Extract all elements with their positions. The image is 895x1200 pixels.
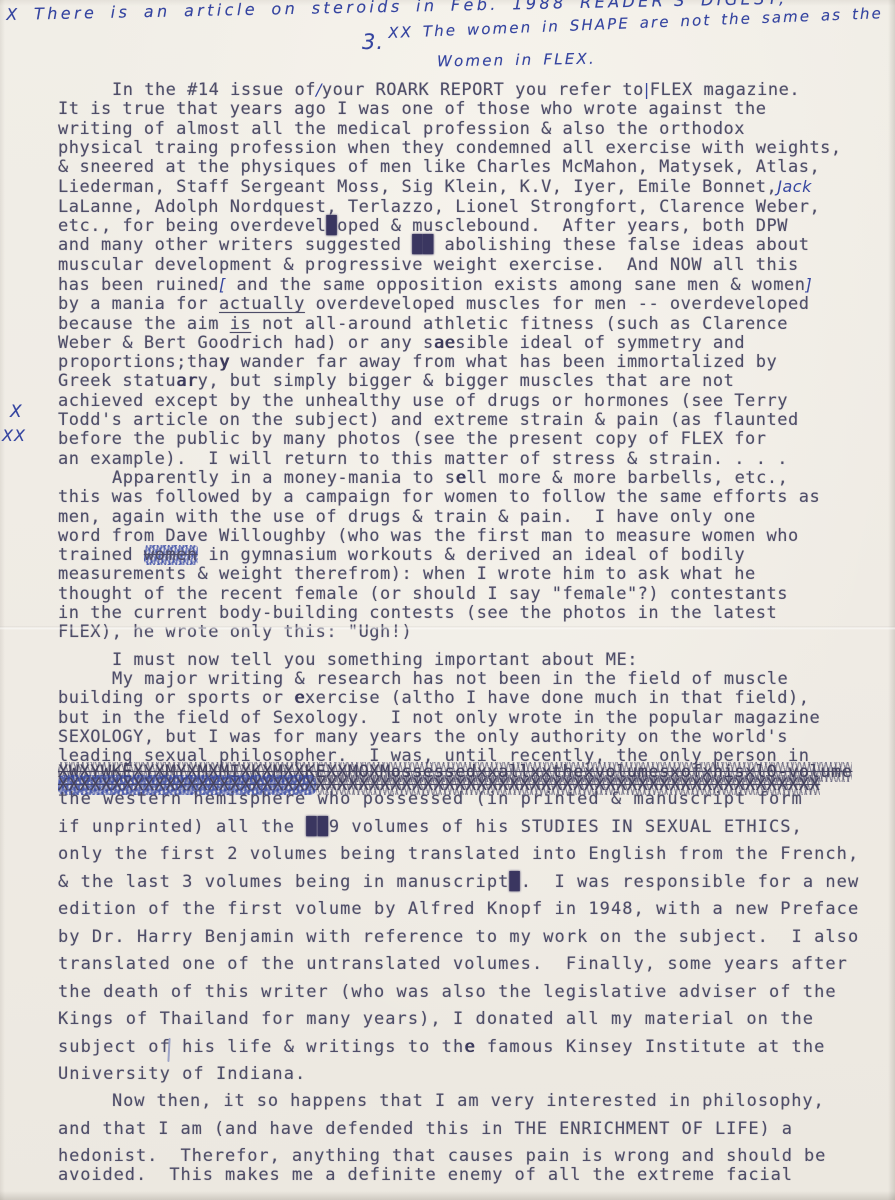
- typed-line: proportions;thay wander far away from wh…: [58, 353, 873, 372]
- typed-line: In the #14 issue of/your ROARK REPORT yo…: [58, 80, 873, 100]
- text-segment: measurements & weight therefrom): when I…: [58, 564, 756, 584]
- ink-blot: █: [326, 216, 337, 236]
- typed-line: SEXOLOGY, but I was for many years the o…: [58, 728, 873, 747]
- typed-line: before the public by many photos (see th…: [58, 430, 873, 449]
- typed-line: by a mania for actually overdeveloped mu…: [58, 295, 873, 314]
- typed-line: translated one of the untranslated volum…: [58, 951, 873, 979]
- text-segment: Todd's article on the subject) and extre…: [58, 410, 799, 430]
- typed-line: an example). I will return to this matte…: [58, 450, 873, 469]
- text-segment: an example). I will return to this matte…: [58, 449, 788, 469]
- scribbled-out-word: women: [144, 545, 198, 565]
- typed-line: if unprinted) all the ██9 volumes of his…: [58, 814, 873, 842]
- typed-line: because the aim is not all-around athlet…: [58, 315, 873, 334]
- typed-line: this was followed by a campaign for wome…: [58, 488, 873, 507]
- typed-line: and that I am (and have defended this in…: [58, 1116, 873, 1144]
- ink-blot: ██: [306, 817, 329, 837]
- text-segment: men, again with the use of drugs & train…: [58, 507, 756, 527]
- typed-line: etc., for being overdevel█oped & muscleb…: [58, 217, 873, 236]
- letter-page: X There is an article on steroids in Feb…: [0, 0, 895, 1200]
- text-segment: oped & musclebound. After years, both DP…: [337, 216, 788, 236]
- typed-line: men, again with the use of drugs & train…: [58, 508, 873, 527]
- text-segment: etc., for being overdevel: [58, 216, 326, 236]
- typed-line: measurements & weight therefrom): when I…: [58, 565, 873, 584]
- typed-line: Todd's article on the subject) and extre…: [58, 411, 873, 430]
- typed-line: but in the field of Sexology. I not only…: [58, 709, 873, 728]
- text-segment: your ROARK REPORT you refer to: [322, 80, 644, 100]
- overtyped-chars: e: [464, 1037, 475, 1057]
- text-segment: translated one of the untranslated volum…: [58, 954, 848, 974]
- text-segment: and many other writers suggested: [58, 235, 412, 255]
- typed-line: FLEX), he wrote only this: "Ugh!): [58, 623, 873, 642]
- typed-line: trained women in gymnasium workouts & de…: [58, 546, 873, 565]
- text-segment: by a mania for: [58, 294, 219, 314]
- text-segment: In the #14 issue of: [112, 80, 316, 100]
- text-segment: FLEX), he wrote only this: "Ugh!): [58, 622, 412, 642]
- overtyped-chars: e: [294, 688, 305, 708]
- text-segment: 9 volumes of his STUDIES IN SEXUAL ETHIC…: [329, 817, 803, 837]
- text-segment: & the last 3 volumes being in manuscript: [58, 872, 509, 892]
- text-segment: proportions;tha: [58, 352, 219, 372]
- typed-line: only the first 2 volumes being translate…: [58, 841, 873, 869]
- text-segment: if unprinted) all the: [58, 817, 306, 837]
- text-segment: Kings of Thailand for many years), I don…: [58, 1009, 814, 1029]
- overtyped-chars: ar: [176, 371, 197, 391]
- text-segment: physical traing profession when they con…: [58, 138, 842, 158]
- text-segment: University of Indiana.: [58, 1064, 306, 1084]
- text-segment: xercise (altho I have done much in that …: [305, 688, 810, 708]
- typed-line: I must now tell you something important …: [58, 651, 873, 670]
- typed-line: writing of almost all the medical profes…: [58, 120, 873, 139]
- text-segment: Greek statu: [58, 371, 176, 391]
- text-segment: I must now tell you something important …: [112, 650, 638, 670]
- text-segment: not all-around athletic fitness (such as…: [251, 314, 788, 334]
- text-segment: wander far away from what has been immor…: [230, 352, 777, 372]
- text-segment: the death of this writer (who was also t…: [58, 982, 837, 1002]
- typed-line: has been ruined[ and the same opposition…: [58, 275, 873, 295]
- typed-line: Apparently in a money-mania to sell more…: [58, 469, 873, 488]
- text-segment: famous Kinsey Institute at the: [476, 1037, 826, 1057]
- text-segment: and that I am (and have defended this in…: [58, 1119, 793, 1139]
- text-segment: has been ruined: [58, 275, 219, 295]
- text-segment: subject of his life & writings to th: [58, 1037, 464, 1057]
- text-segment: LaLanne, Adolph Nordquest, Terlazzo, Lio…: [58, 197, 820, 217]
- overtyped-chars: y: [219, 352, 230, 372]
- typed-line: Weber & Bert Goodrich had) or any saesib…: [58, 334, 873, 353]
- typed-line: building or sports or exercise (altho I …: [58, 689, 873, 708]
- typed-line: It is true that years ago I was one of t…: [58, 100, 873, 119]
- text-segment: Liederman, Staff Sergeant Moss, Sig Klei…: [58, 177, 777, 197]
- text-segment: actually: [219, 294, 305, 314]
- page-number: 3.: [362, 30, 384, 54]
- text-segment: My major writing & research has not been…: [112, 669, 788, 689]
- typed-line: Liederman, Staff Sergeant Moss, Sig Klei…: [58, 177, 873, 197]
- typed-section-single-spaced: In the #14 issue of/your ROARK REPORT yo…: [58, 80, 873, 792]
- typed-line: word from Dave Willoughby (who was the f…: [58, 527, 873, 546]
- overtyped-chars: ae: [434, 333, 455, 353]
- margin-mark-xx: XX: [2, 426, 26, 445]
- typed-line: muscular development & progressive weigh…: [58, 256, 873, 275]
- typed-line: the western hemisphere who possessed (in…: [58, 786, 873, 814]
- text-segment: by Dr. Harry Benjamin with reference to …: [58, 927, 859, 947]
- typed-line: thought of the recent female (or should …: [58, 585, 873, 604]
- typed-line: & sneered at the physiques of men like C…: [58, 158, 873, 177]
- text-segment: SEXOLOGY, but I was for many years the o…: [58, 727, 788, 747]
- text-segment: edition of the first volume by Alfred Kn…: [58, 899, 859, 919]
- text-segment: is: [230, 314, 251, 334]
- text-segment: only the first 2 volumes being translate…: [58, 844, 859, 864]
- text-segment: abolishing these false ideas about: [434, 235, 810, 255]
- text-segment: writing of almost all the medical profes…: [58, 119, 745, 139]
- typed-line: and many other writers suggested ██ abol…: [58, 236, 873, 255]
- text-segment: Weber & Bert Goodrich had) or any s: [58, 333, 434, 353]
- text-segment: trained: [58, 545, 144, 565]
- text-segment: Now then, it so happens that I am very i…: [112, 1091, 825, 1111]
- text-segment: achieved except by the unhealthy use of …: [58, 391, 788, 411]
- text-segment: . I was responsible for a new: [521, 872, 860, 892]
- typed-section-wide-spaced: the western hemisphere who possessed (in…: [58, 786, 873, 1089]
- text-segment: overdeveloped muscles for men -- overdev…: [305, 294, 810, 314]
- text-segment: in gymnasium workouts & derived an ideal…: [198, 545, 745, 565]
- text-segment: the western hemisphere who possessed (in…: [58, 789, 803, 809]
- typed-line: edition of the first volume by Alfred Kn…: [58, 896, 873, 924]
- text-segment: thought of the recent female (or should …: [58, 584, 788, 604]
- typed-line: Greek statuary, but simply bigger & bigg…: [58, 372, 873, 391]
- text-segment: & sneered at the physiques of men like C…: [58, 157, 820, 177]
- text-segment: muscular development & progressive weigh…: [58, 255, 799, 275]
- typed-line: Kings of Thailand for many years), I don…: [58, 1006, 873, 1034]
- text-segment: sible ideal of symmetry and: [455, 333, 745, 353]
- text-segment: and the same opposition exists among san…: [226, 275, 806, 295]
- typed-line: by Dr. Harry Benjamin with reference to …: [58, 924, 873, 952]
- text-segment: but in the field of Sexology. I not only…: [58, 708, 820, 728]
- text-segment: this was followed by a campaign for wome…: [58, 487, 820, 507]
- text-segment: before the public by many photos (see th…: [58, 429, 767, 449]
- margin-mark-x: X: [10, 402, 22, 422]
- typed-line: & the last 3 volumes being in manuscript…: [58, 869, 873, 897]
- text-segment: ll more & more barbells, etc.,: [466, 468, 788, 488]
- text-segment: because the aim: [58, 314, 230, 334]
- text-segment: It is true that years ago I was one of t…: [58, 99, 767, 119]
- text-segment: word from Dave Willoughby (who was the f…: [58, 526, 799, 546]
- typed-line: achieved except by the unhealthy use of …: [58, 392, 873, 411]
- typed-line: Now then, it so happens that I am very i…: [58, 1088, 873, 1116]
- text-segment: avoided. This makes me a definite enemy …: [58, 1165, 793, 1185]
- ink-blot: █: [509, 872, 520, 892]
- text-segment: building or sports or: [58, 688, 294, 708]
- overtyped-chars: e: [456, 468, 467, 488]
- text-segment: FLEX magazine.: [650, 80, 800, 100]
- text-segment: y, but simply bigger & bigger muscles th…: [198, 371, 735, 391]
- handwritten-bracket-open: [: [219, 275, 226, 294]
- text-segment: Apparently in a money-mania to s: [112, 468, 456, 488]
- handwritten-bracket-close: ]: [805, 275, 812, 294]
- handwritten-note-flex: Women in FLEX.: [437, 50, 596, 71]
- typed-line: subject of his life & writings to the fa…: [58, 1034, 873, 1062]
- typed-line: University of Indiana.: [58, 1061, 873, 1089]
- typed-line: the death of this writer (who was also t…: [58, 979, 873, 1007]
- text-segment: in the current body-building contests (s…: [58, 603, 777, 623]
- ink-blot: ██: [412, 235, 433, 255]
- typed-line: My major writing & research has not been…: [58, 670, 873, 689]
- typed-line: LaLanne, Adolph Nordquest, Terlazzo, Lio…: [58, 198, 873, 217]
- typed-line: avoided. This makes me a definite enemy …: [58, 1162, 873, 1190]
- typed-line: in the current body-building contests (s…: [58, 604, 873, 623]
- typed-section-closing: Now then, it so happens that I am very i…: [58, 1088, 873, 1189]
- handwritten-jack: Jack: [777, 177, 812, 196]
- typed-line: physical traing profession when they con…: [58, 139, 873, 158]
